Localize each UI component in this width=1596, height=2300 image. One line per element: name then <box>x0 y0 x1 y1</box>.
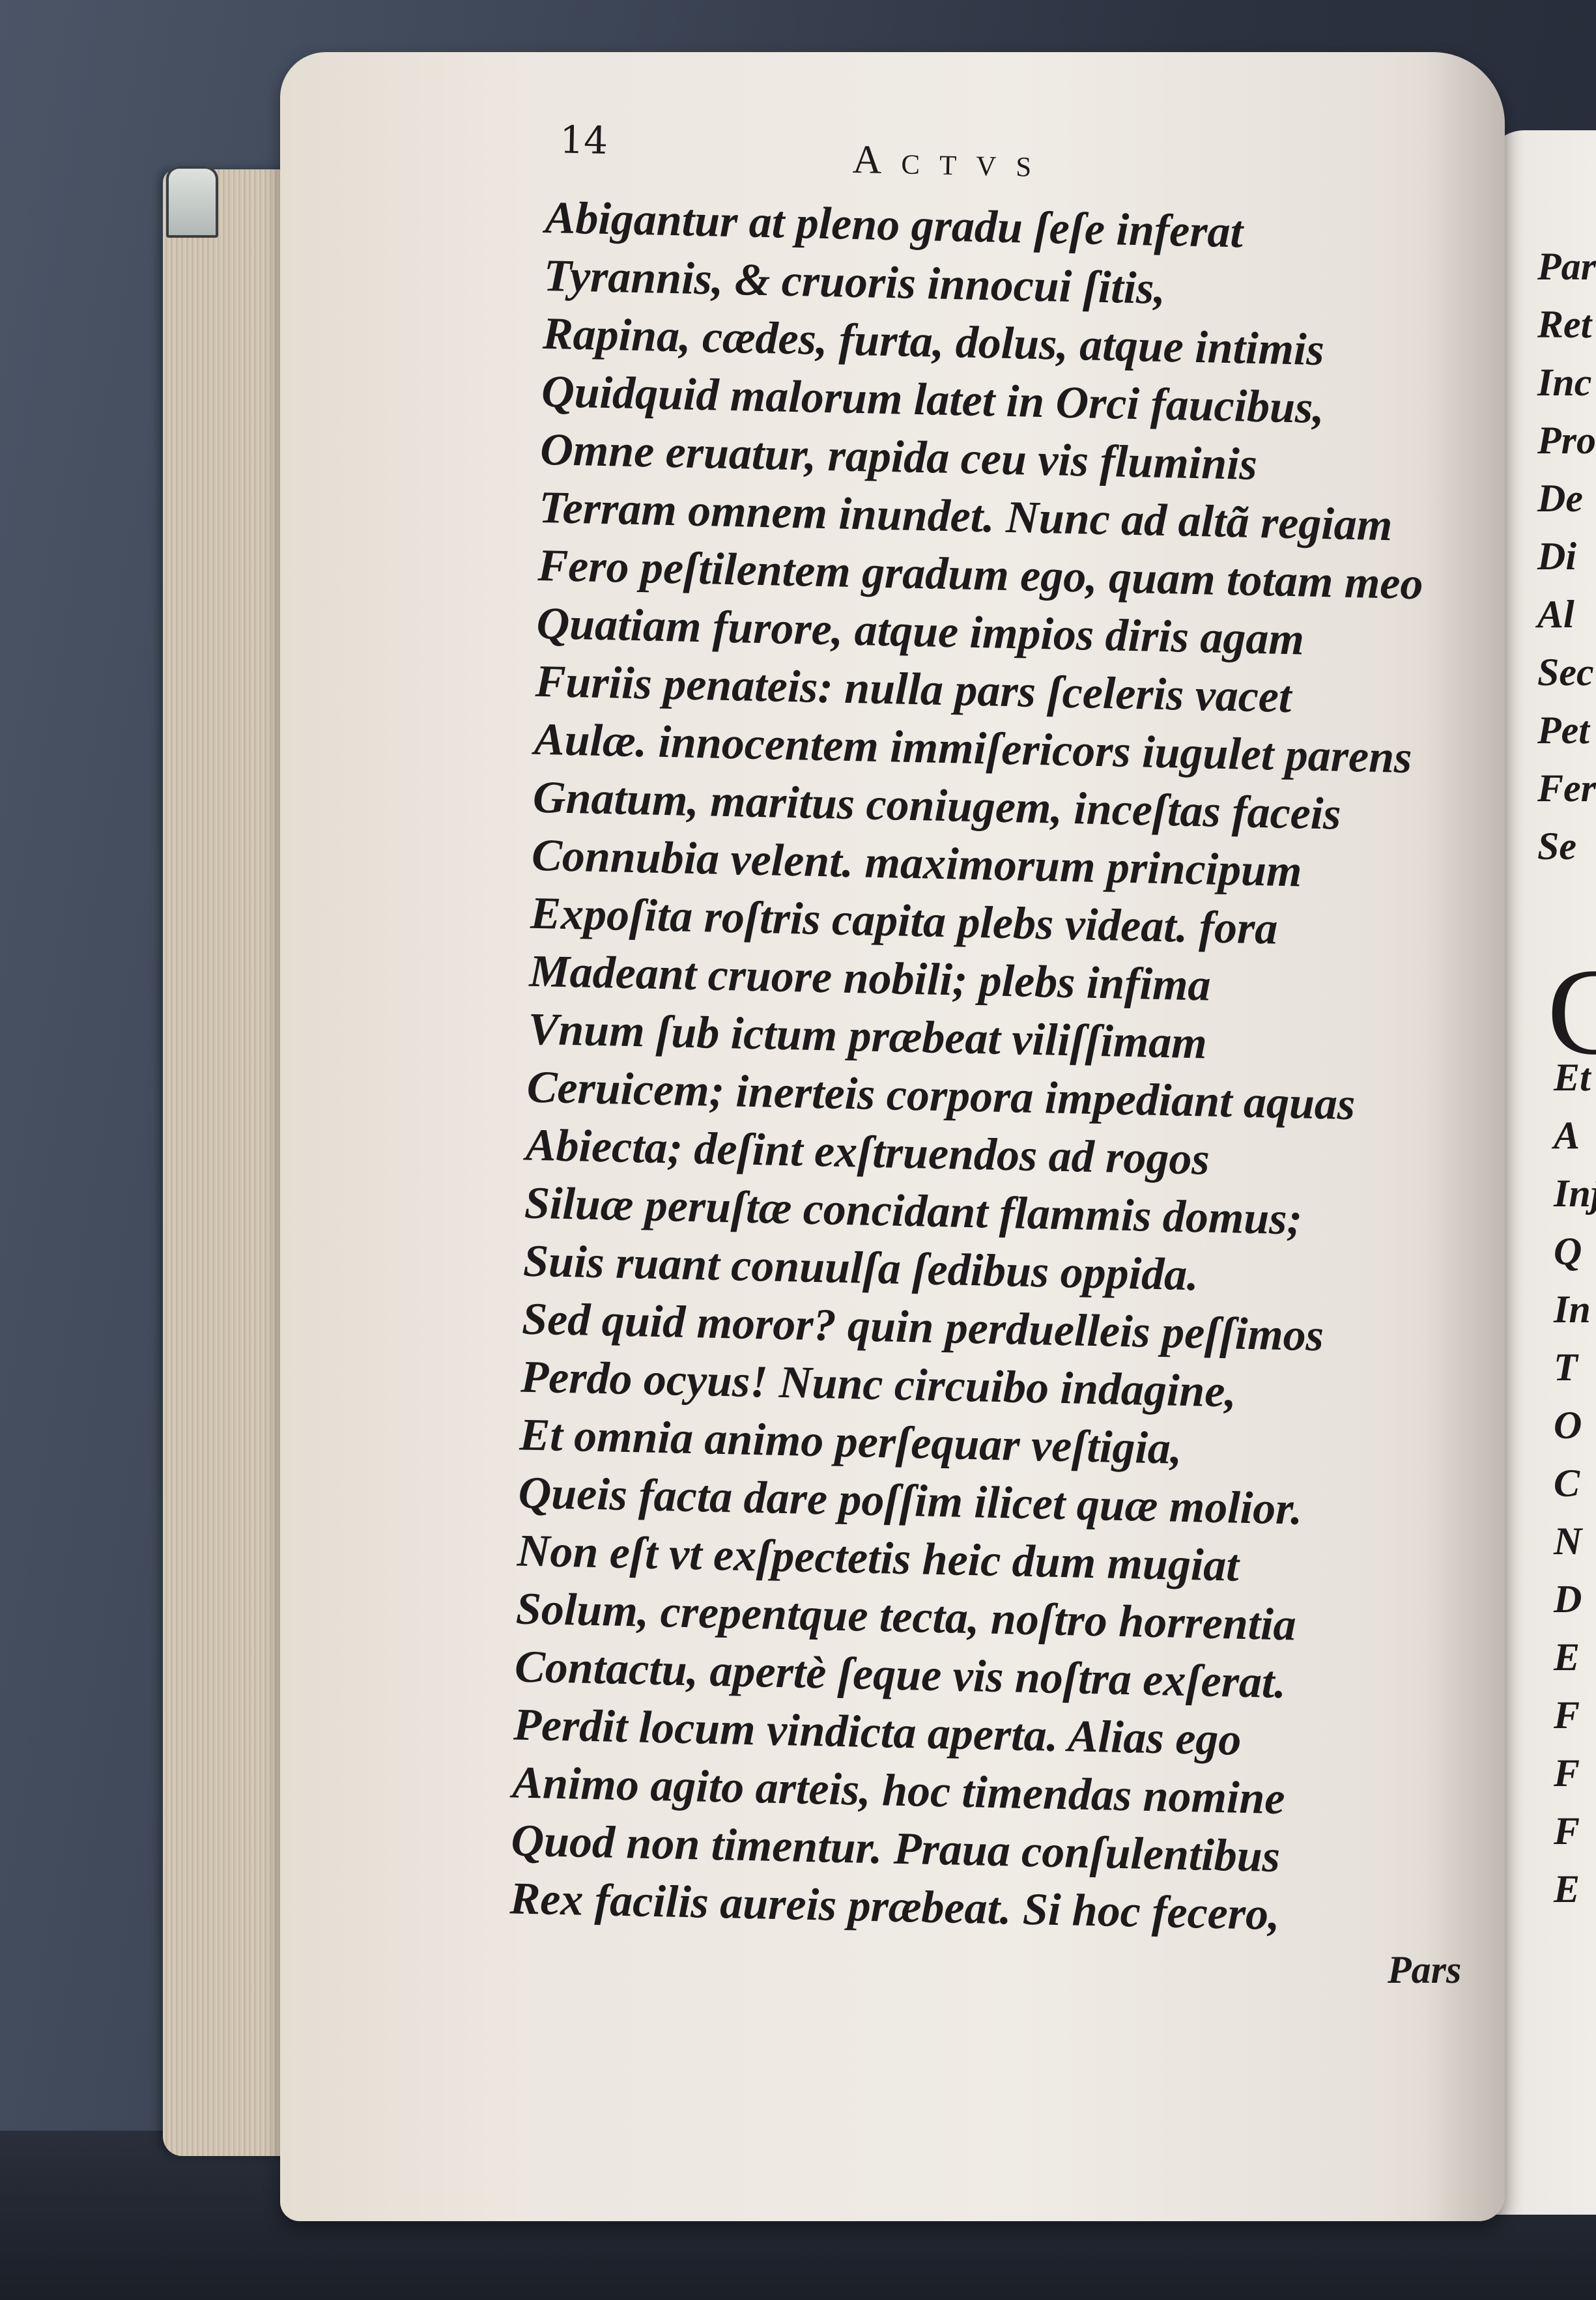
verse-line-fragment: E <box>1554 1628 1596 1686</box>
verse-line-fragment: De <box>1537 470 1596 528</box>
book-headband <box>166 166 218 238</box>
verse-line-fragment: E <box>1554 1860 1596 1918</box>
verse-line-fragment: Al <box>1537 586 1596 644</box>
verse-line-fragment: Inj <box>1554 1165 1596 1223</box>
page-number: 14 <box>560 117 608 163</box>
verse-line-fragment: In <box>1554 1281 1596 1339</box>
right-page-text-bottom: Et A Inj Q In T O C N D E F F F E <box>1554 1049 1596 1918</box>
verse-line-fragment: Pet <box>1537 702 1596 760</box>
verse-line-fragment: Sec <box>1537 644 1596 702</box>
running-head-title: Actvs <box>852 137 1051 187</box>
verse-line-fragment: F <box>1554 1686 1596 1744</box>
verse-line-fragment: T <box>1554 1339 1596 1397</box>
left-page-text: 14 Actvs Abigantur at pleno gradu ſeſe i… <box>509 117 1472 1947</box>
verse-line-fragment: Par <box>1537 238 1596 296</box>
verse-line-fragment: Pro <box>1537 412 1596 470</box>
verse-line-fragment: Q <box>1554 1223 1596 1281</box>
verse-line-fragment: Et <box>1554 1049 1596 1107</box>
verse-line-fragment: Inc <box>1537 354 1596 412</box>
verse-line-fragment: Ret <box>1537 296 1596 354</box>
verse-line-fragment: D <box>1554 1570 1596 1628</box>
verse-line-fragment: F <box>1554 1802 1596 1860</box>
verse-line-fragment: Di <box>1537 528 1596 586</box>
verse-line-fragment: F <box>1554 1744 1596 1802</box>
right-page-text-top: Par Ret Inc Pro De Di Al Sec Pet Fer Se <box>1537 238 1596 875</box>
verse-line-fragment: N <box>1554 1512 1596 1570</box>
verse-line-fragment: C <box>1554 1455 1596 1512</box>
verse-line-fragment: A <box>1554 1107 1596 1165</box>
book-page-edges <box>163 169 300 2156</box>
verse-line-fragment: O <box>1554 1397 1596 1455</box>
verse-line-fragment: Fer <box>1537 760 1596 817</box>
catchword: Pars <box>1388 1948 1461 1993</box>
verse-line-fragment: Se <box>1537 817 1596 875</box>
